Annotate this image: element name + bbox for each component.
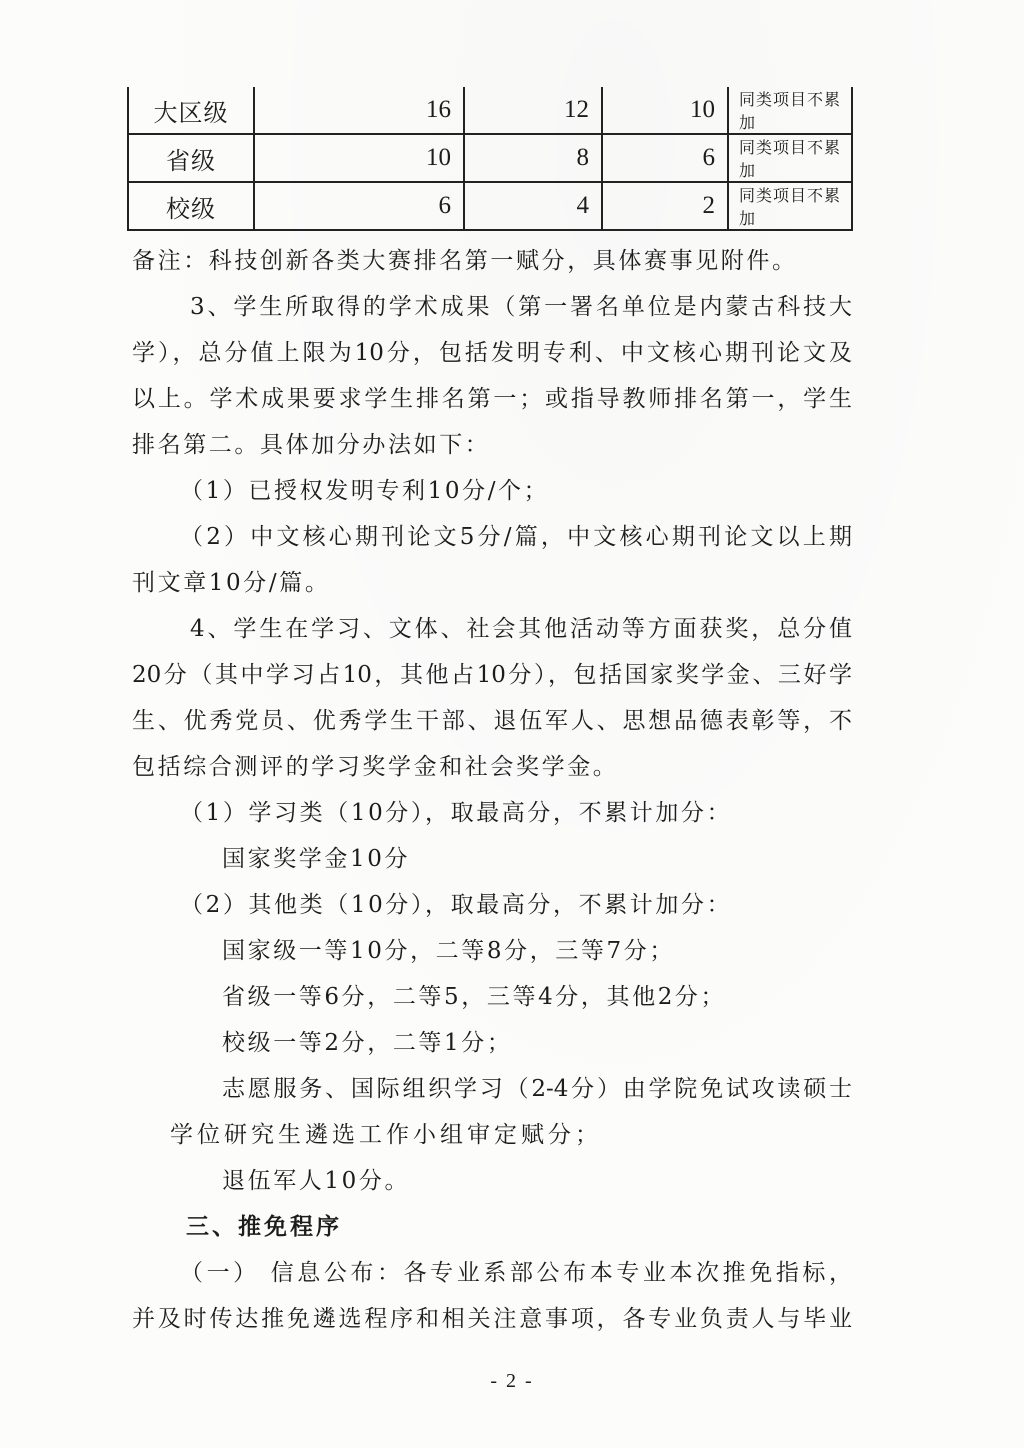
level-cell: 校级 (128, 182, 254, 230)
other-category-title: （2）其他类（10分），取最高分，不累计加分： (180, 890, 732, 920)
section4-paragraph-line: 4、学生在学习、文体、社会其他活动等方面获奖，总分值 (190, 614, 852, 644)
note-cell: 同类项目不累加 (728, 182, 852, 230)
table-row: 省级 10 8 6 同类项目不累加 (128, 134, 852, 182)
second-prize-cell: 12 (464, 87, 602, 134)
level-cell: 大区级 (128, 87, 254, 134)
note-cell: 同类项目不累加 (728, 134, 852, 182)
section3-paragraph-line: 3、学生所取得的学术成果（第一署名单位是内蒙古科技大 (190, 292, 852, 322)
section3-paragraph-line: 以上。学术成果要求学生排名第一；或指导教师排名第一，学生 (132, 384, 852, 414)
study-category-title: （1）学习类（10分），取最高分，不累计加分： (180, 798, 732, 828)
section3-item: （2）中文核心期刊论文5分/篇，中文核心期刊论文以上期 (180, 522, 852, 552)
third-prize-cell: 2 (602, 182, 728, 230)
other-category-item: 省级一等6分，二等5，三等4分，其他2分； (222, 982, 726, 1012)
procedure-heading: 三、推免程序 (186, 1212, 342, 1242)
page-number: - 2 - (0, 1370, 1024, 1393)
section3-item: （1）已授权发明专利10分/个； (180, 476, 549, 506)
table-footnote: 备注：科技创新各类大赛排名第一赋分，具体赛事见附件。 (132, 246, 798, 276)
procedure-item-line: （一） 信息公布：各专业系部公布本专业本次推免指标， (180, 1258, 852, 1288)
other-category-item: 校级一等2分，二等1分； (222, 1028, 512, 1058)
third-prize-cell: 10 (602, 87, 728, 134)
other-category-item: 退伍军人10分。 (222, 1166, 410, 1196)
section3-paragraph-line: 排名第二。具体加分办法如下： (132, 430, 490, 460)
other-category-item: 学位研究生遴选工作小组审定赋分； (170, 1120, 602, 1150)
table-row: 大区级 16 12 10 同类项目不累加 (128, 87, 852, 134)
other-category-item: 志愿服务、国际组织学习（2-4分）由学院免试攻读硕士 (222, 1074, 852, 1104)
second-prize-cell: 4 (464, 182, 602, 230)
table-row: 校级 6 4 2 同类项目不累加 (128, 182, 852, 230)
section3-item: 刊文章10分/篇。 (132, 568, 330, 598)
third-prize-cell: 6 (602, 134, 728, 182)
first-prize-cell: 6 (254, 182, 464, 230)
other-category-item: 国家级一等10分，二等8分，三等7分； (222, 936, 675, 966)
section3-paragraph-line: 学），总分值上限为10分，包括发明专利、中文核心期刊论文及 (132, 338, 852, 368)
section4-paragraph-line: 包括综合测评的学习奖学金和社会奖学金。 (132, 752, 618, 782)
study-category-item: 国家奖学金10分 (222, 844, 410, 874)
first-prize-cell: 16 (254, 87, 464, 134)
second-prize-cell: 8 (464, 134, 602, 182)
score-table: 大区级 16 12 10 同类项目不累加 省级 10 8 6 同类项目不累加 校… (127, 87, 853, 231)
section4-paragraph-line: 20分（其中学习占10，其他占10分），包括国家奖学金、三好学 (132, 660, 852, 690)
level-cell: 省级 (128, 134, 254, 182)
note-cell: 同类项目不累加 (728, 87, 852, 134)
first-prize-cell: 10 (254, 134, 464, 182)
section4-paragraph-line: 生、优秀党员、优秀学生干部、退伍军人、思想品德表彰等，不 (132, 706, 852, 736)
document-page: 大区级 16 12 10 同类项目不累加 省级 10 8 6 同类项目不累加 校… (0, 0, 1024, 1448)
procedure-item-line: 并及时传达推免遴选程序和相关注意事项，各专业负责人与毕业 (132, 1304, 852, 1334)
